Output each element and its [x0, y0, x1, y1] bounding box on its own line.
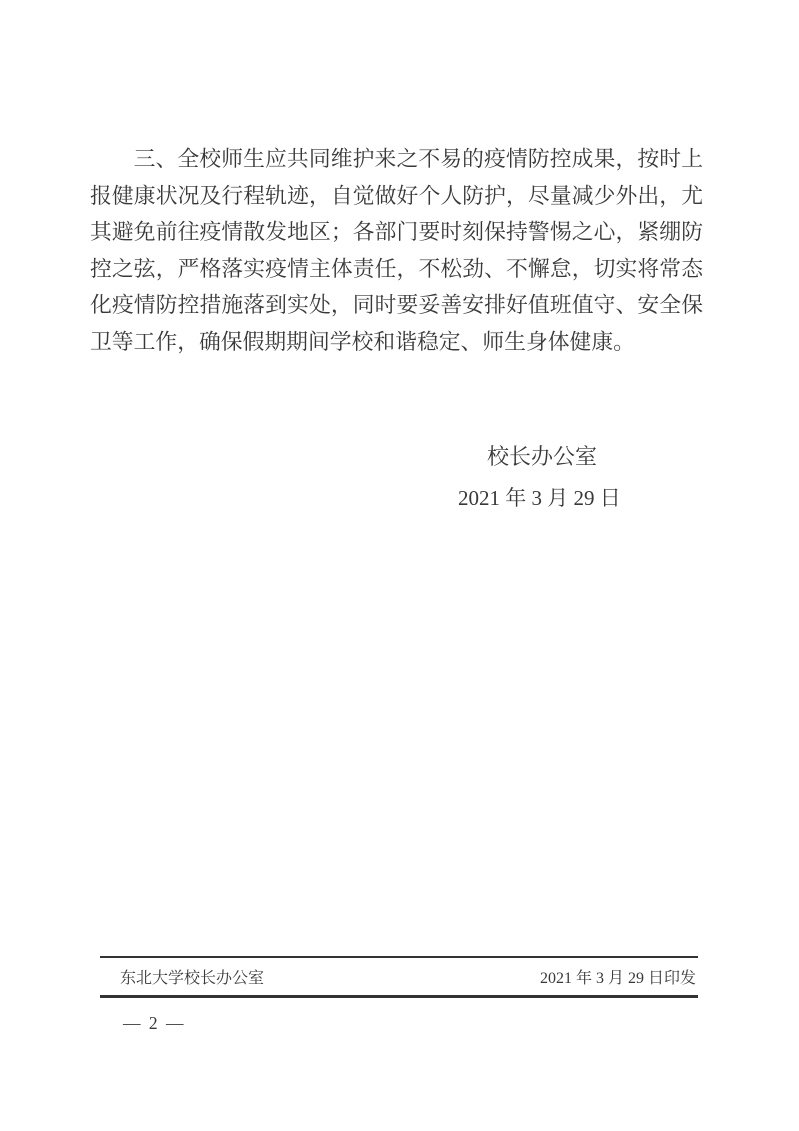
paragraph-line: 其避免前往疫情散发地区；各部门要时刻保持警惕之心，紧绷防 — [90, 214, 703, 251]
paragraph-line: 报健康状况及行程轨迹，自觉做好个人防护，尽量减少外出，尤 — [90, 178, 703, 215]
paragraph-line: 卫等工作，确保假期期间学校和谐稳定、师生身体健康。 — [90, 324, 703, 361]
page-number: — 2 — — [123, 1013, 186, 1034]
signature-date: 2021 年 3 月 29 日 — [458, 482, 621, 512]
document-page: 三、全校师生应共同维护来之不易的疫情防控成果，按时上 报健康状况及行程轨迹，自觉… — [0, 0, 799, 1131]
colophon-issuer: 东北大学校长办公室 — [100, 965, 264, 988]
signature-org: 校长办公室 — [487, 440, 597, 471]
paragraph-line: 三、全校师生应共同维护来之不易的疫情防控成果，按时上 — [90, 141, 703, 178]
colophon-box: 东北大学校长办公室 2021 年 3 月 29 日印发 — [100, 956, 698, 998]
paragraph-line: 化疫情防控措施落到实处，同时要妥善安排好值班值守、安全保 — [90, 287, 703, 324]
colophon-print-date: 2021 年 3 月 29 日印发 — [540, 965, 698, 988]
body-paragraph: 三、全校师生应共同维护来之不易的疫情防控成果，按时上 报健康状况及行程轨迹，自觉… — [90, 141, 703, 360]
paragraph-line: 控之弦，严格落实疫情主体责任，不松劲、不懈怠，切实将常态 — [90, 251, 703, 288]
